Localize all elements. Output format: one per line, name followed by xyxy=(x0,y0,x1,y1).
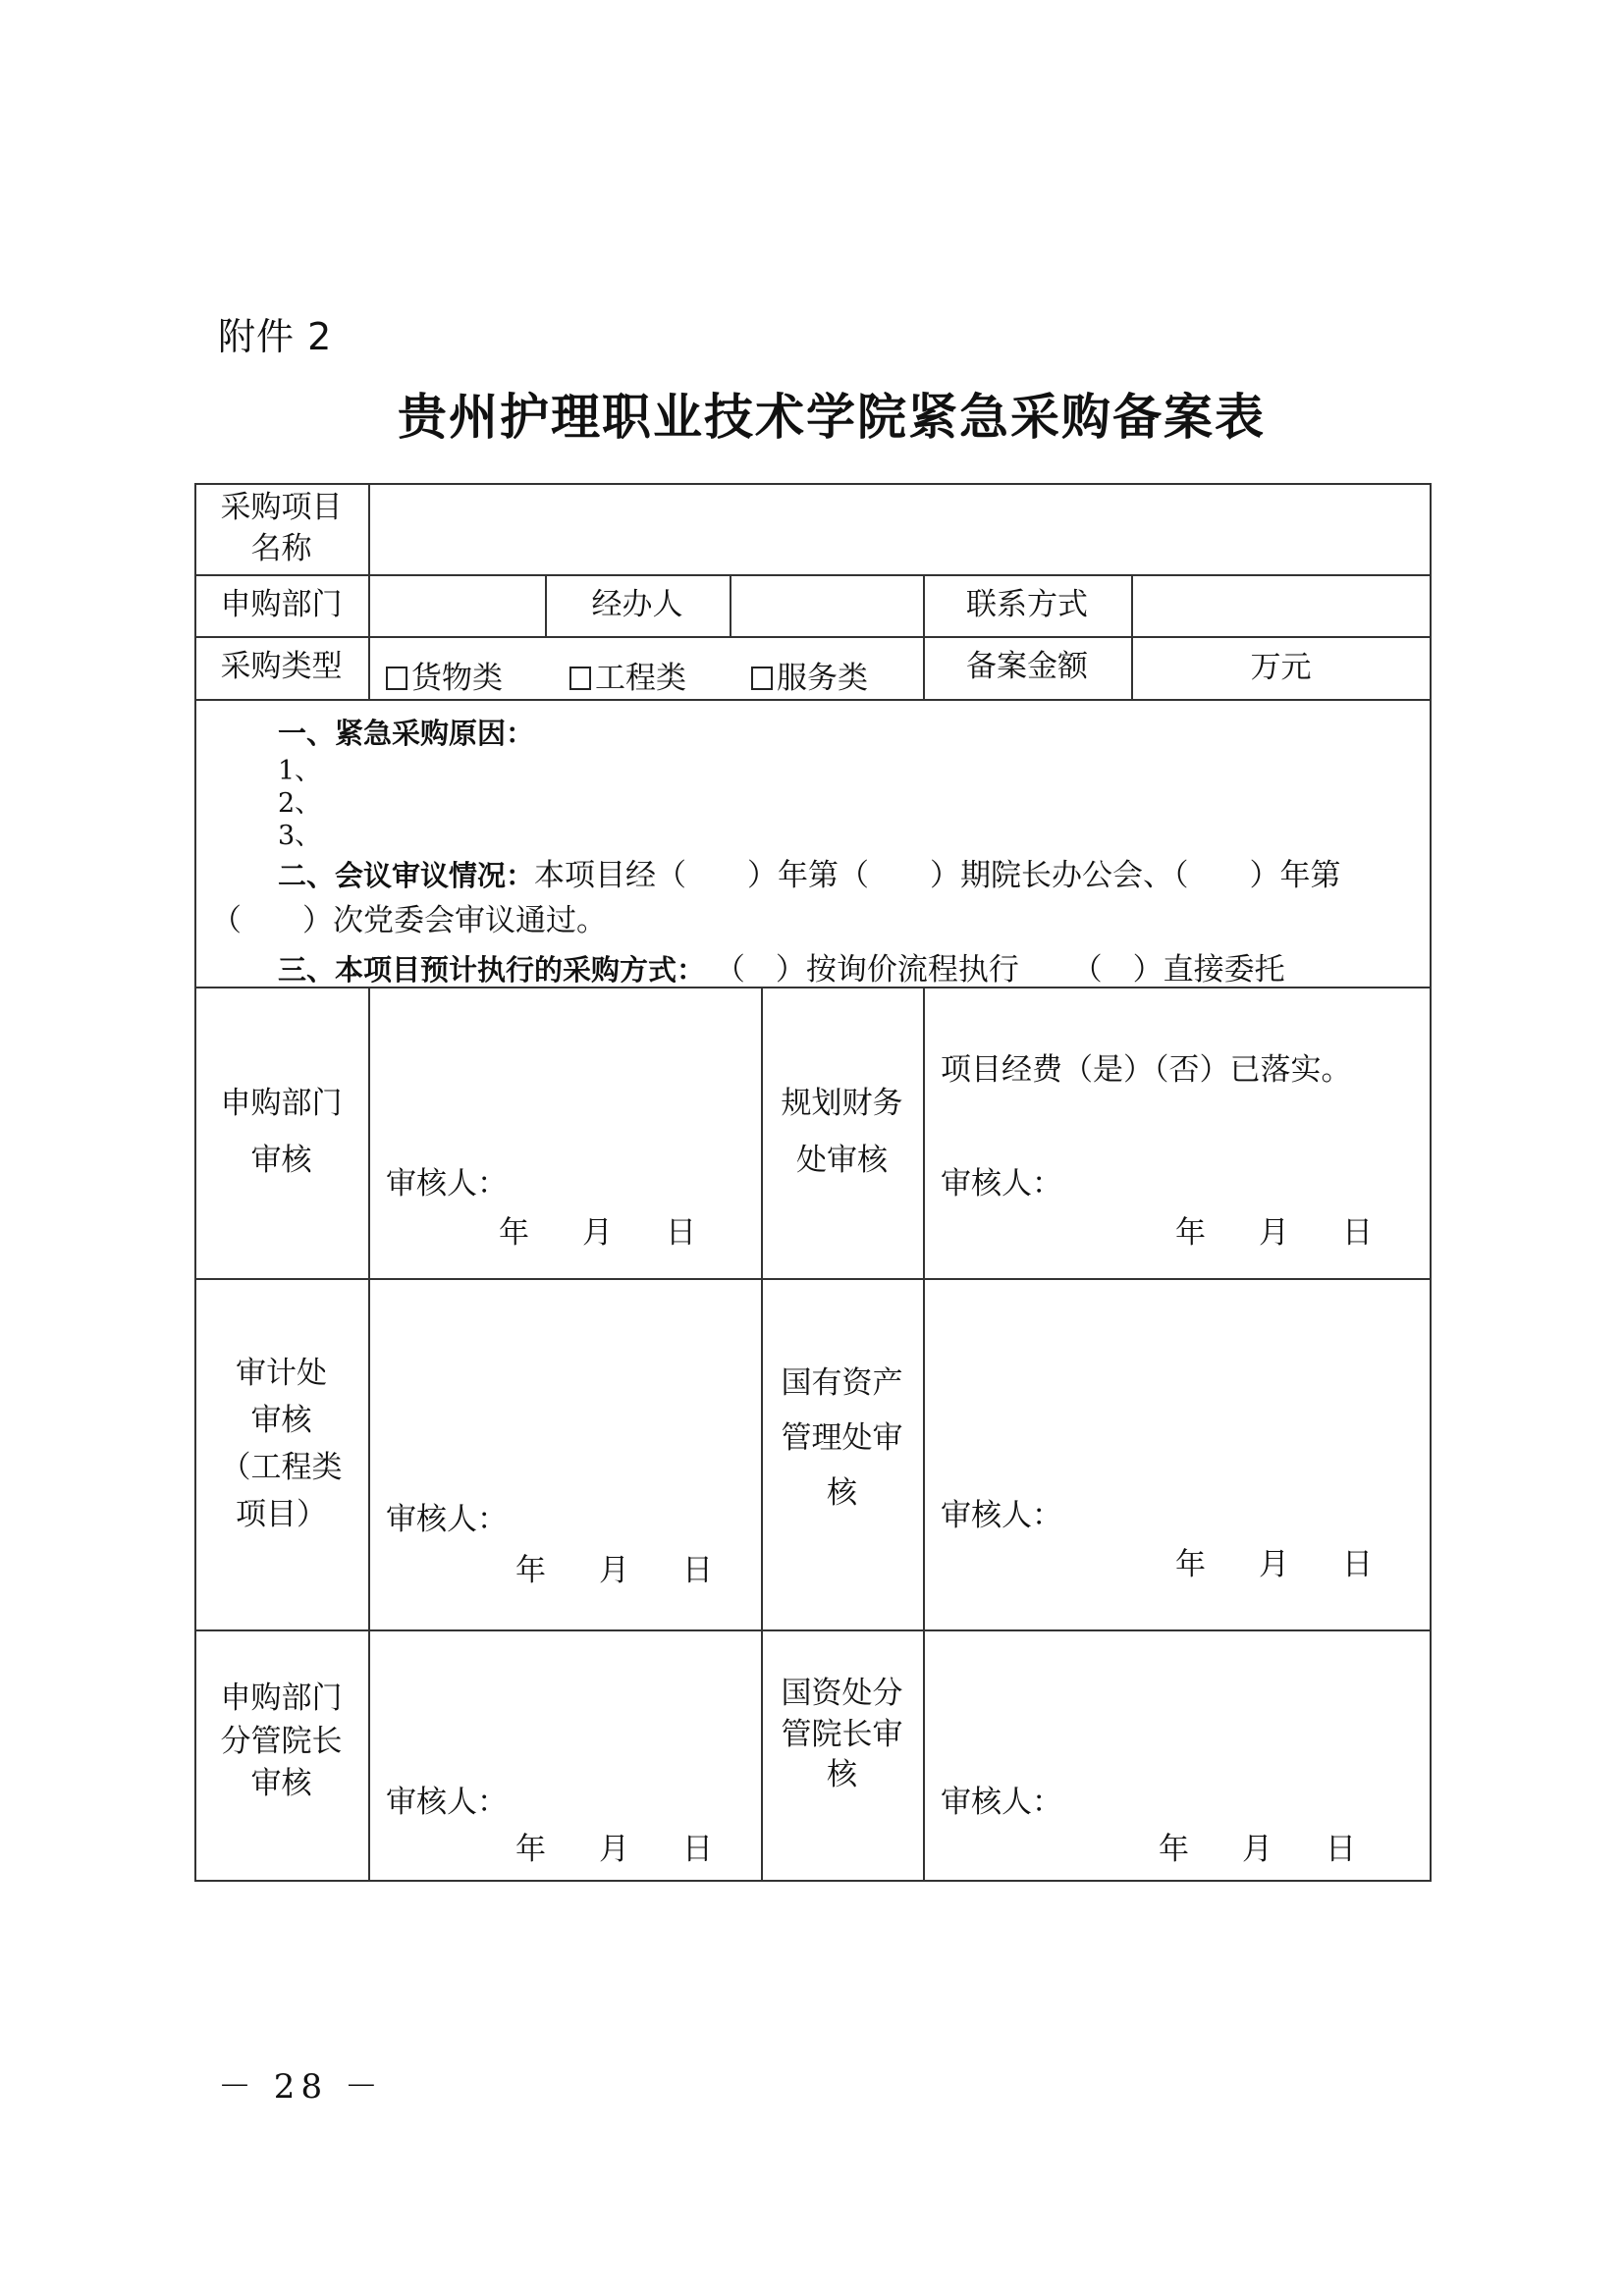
date-day: 日 xyxy=(682,1553,713,1588)
date-year: 年 xyxy=(515,1553,546,1588)
date-year: 年 xyxy=(1159,1832,1189,1867)
label-line: 名称 xyxy=(251,529,312,570)
date-month: 月 xyxy=(582,1215,613,1251)
contact-label: 联系方式 xyxy=(923,574,1131,636)
label-line: （工程类 xyxy=(221,1444,343,1491)
label-line: 审核 xyxy=(251,1133,312,1189)
date-year: 年 xyxy=(515,1832,546,1867)
review-label-dept: 申购部门 审核 xyxy=(194,987,368,1278)
page-number: － 28 － xyxy=(218,2059,384,2108)
date-year: 年 xyxy=(1175,1215,1206,1251)
date-day: 日 xyxy=(1342,1215,1373,1251)
label-line: 项目） xyxy=(236,1491,327,1538)
method-option-inquiry[interactable]: （ ）按询价流程执行 xyxy=(715,952,1019,988)
attachment-label: 附件 2 xyxy=(218,306,332,360)
label-line: 管院长审 xyxy=(782,1715,903,1756)
reviewer-label: 审核人： xyxy=(941,1777,1062,1821)
filing-amount-field[interactable]: 万元 xyxy=(1133,638,1429,699)
purchase-type-option-goods[interactable]: 货物类 xyxy=(386,653,503,697)
label-line: 核 xyxy=(827,1755,857,1796)
option-label: 服务类 xyxy=(777,661,868,696)
date-year: 年 xyxy=(499,1215,529,1251)
review-date[interactable]: 年月日 xyxy=(1159,1824,1356,1868)
funding-note[interactable]: 项目经费（是）（否）已落实。 xyxy=(941,1044,1352,1089)
review-date[interactable]: 年月日 xyxy=(515,1545,713,1589)
label-line: 申购部门 xyxy=(221,1076,343,1132)
col-divider xyxy=(923,987,925,1881)
table-border-right xyxy=(1430,483,1432,1882)
reasons-heading: 一、紧急采购原因： xyxy=(278,712,534,752)
reviewer-label: 审核人： xyxy=(941,1158,1062,1202)
label-line: 分管院长 xyxy=(221,1721,343,1763)
col-divider xyxy=(368,987,370,1881)
date-day: 日 xyxy=(682,1832,713,1867)
request-dept-label: 申购部门 xyxy=(194,574,368,636)
meeting-heading: 二、会议审议情况： xyxy=(278,859,534,892)
review-date[interactable]: 年月日 xyxy=(1175,1207,1373,1252)
label-line: 审核 xyxy=(251,1397,312,1444)
meeting-text: 本项目经（ ）年第（ ）期院长办公会、（ ）年第 xyxy=(534,858,1341,893)
date-month: 月 xyxy=(599,1553,629,1588)
review-label-state-assets: 国有资产 管理处审 核 xyxy=(761,1278,923,1629)
date-year: 年 xyxy=(1175,1547,1206,1582)
label-line: 申购部门 xyxy=(221,1678,343,1720)
reviewer-label: 审核人： xyxy=(941,1490,1062,1534)
table-border-bottom xyxy=(194,1880,1432,1882)
row-divider xyxy=(194,699,1430,701)
method-heading: 三、本项目预计执行的采购方式： xyxy=(278,953,705,987)
checkbox-icon[interactable] xyxy=(569,667,591,690)
method-line: 三、本项目预计执行的采购方式： （ ）按询价流程执行 （ ）直接委托 xyxy=(278,944,1285,988)
checkbox-icon[interactable] xyxy=(751,667,773,690)
project-name-field[interactable] xyxy=(370,485,1429,573)
label-line: 审核 xyxy=(251,1763,312,1805)
handler-label: 经办人 xyxy=(545,574,730,636)
purchase-type-option-services[interactable]: 服务类 xyxy=(751,653,868,697)
date-day: 日 xyxy=(1342,1547,1373,1582)
review-date[interactable]: 年月日 xyxy=(1175,1539,1373,1583)
handler-field[interactable] xyxy=(731,576,922,635)
purchase-type-label: 采购类型 xyxy=(194,636,368,699)
label-line: 核 xyxy=(827,1467,857,1522)
review-label-audit: 审计处 审核 （工程类 项目） xyxy=(194,1278,368,1629)
label-line: 规划财务 xyxy=(782,1076,903,1132)
option-label: 货物类 xyxy=(411,661,503,696)
label-line: 国有资产 xyxy=(782,1357,903,1412)
review-label-dept-vp: 申购部门 分管院长 审核 xyxy=(194,1629,368,1880)
review-date[interactable]: 年月日 xyxy=(515,1824,713,1868)
amount-unit: 万元 xyxy=(1251,647,1312,689)
label-line: 国资处分 xyxy=(782,1674,903,1715)
label-line: 审计处 xyxy=(236,1350,327,1397)
review-label-finance: 规划财务 处审核 xyxy=(761,987,923,1278)
contact-field[interactable] xyxy=(1133,576,1429,635)
reviewer-label: 审核人： xyxy=(386,1158,508,1202)
review-date[interactable]: 年月日 xyxy=(499,1207,696,1252)
review-label-state-assets-vp: 国资处分 管院长审 核 xyxy=(761,1629,923,1880)
request-dept-field[interactable] xyxy=(370,576,544,635)
project-name-label: 采购项目 名称 xyxy=(194,483,368,574)
reviewer-label: 审核人： xyxy=(386,1494,508,1538)
checkbox-icon[interactable] xyxy=(386,667,407,690)
date-month: 月 xyxy=(1242,1832,1272,1867)
option-label: 工程类 xyxy=(595,661,686,696)
date-month: 月 xyxy=(1259,1215,1289,1251)
date-month: 月 xyxy=(599,1832,629,1867)
filing-amount-label: 备案金额 xyxy=(923,636,1131,699)
meeting-line-1: 二、会议审议情况：本项目经（ ）年第（ ）期院长办公会、（ ）年第 xyxy=(278,850,1341,894)
purchase-type-option-engineering[interactable]: 工程类 xyxy=(569,653,686,697)
label-line: 处审核 xyxy=(796,1133,888,1189)
reviewer-label: 审核人： xyxy=(386,1777,508,1821)
label-line: 管理处审 xyxy=(782,1412,903,1467)
meeting-line-2: （ ）次党委会审议通过。 xyxy=(211,895,607,939)
date-day: 日 xyxy=(666,1215,696,1251)
reason-item-3[interactable]: 3、 xyxy=(278,814,321,852)
page-title: 贵州护理职业技术学院紧急采购备案表 xyxy=(0,378,1624,449)
method-option-direct[interactable]: （ ）直接委托 xyxy=(1072,952,1285,988)
label-line: 采购项目 xyxy=(221,488,343,529)
date-month: 月 xyxy=(1259,1547,1289,1582)
date-day: 日 xyxy=(1326,1832,1356,1867)
